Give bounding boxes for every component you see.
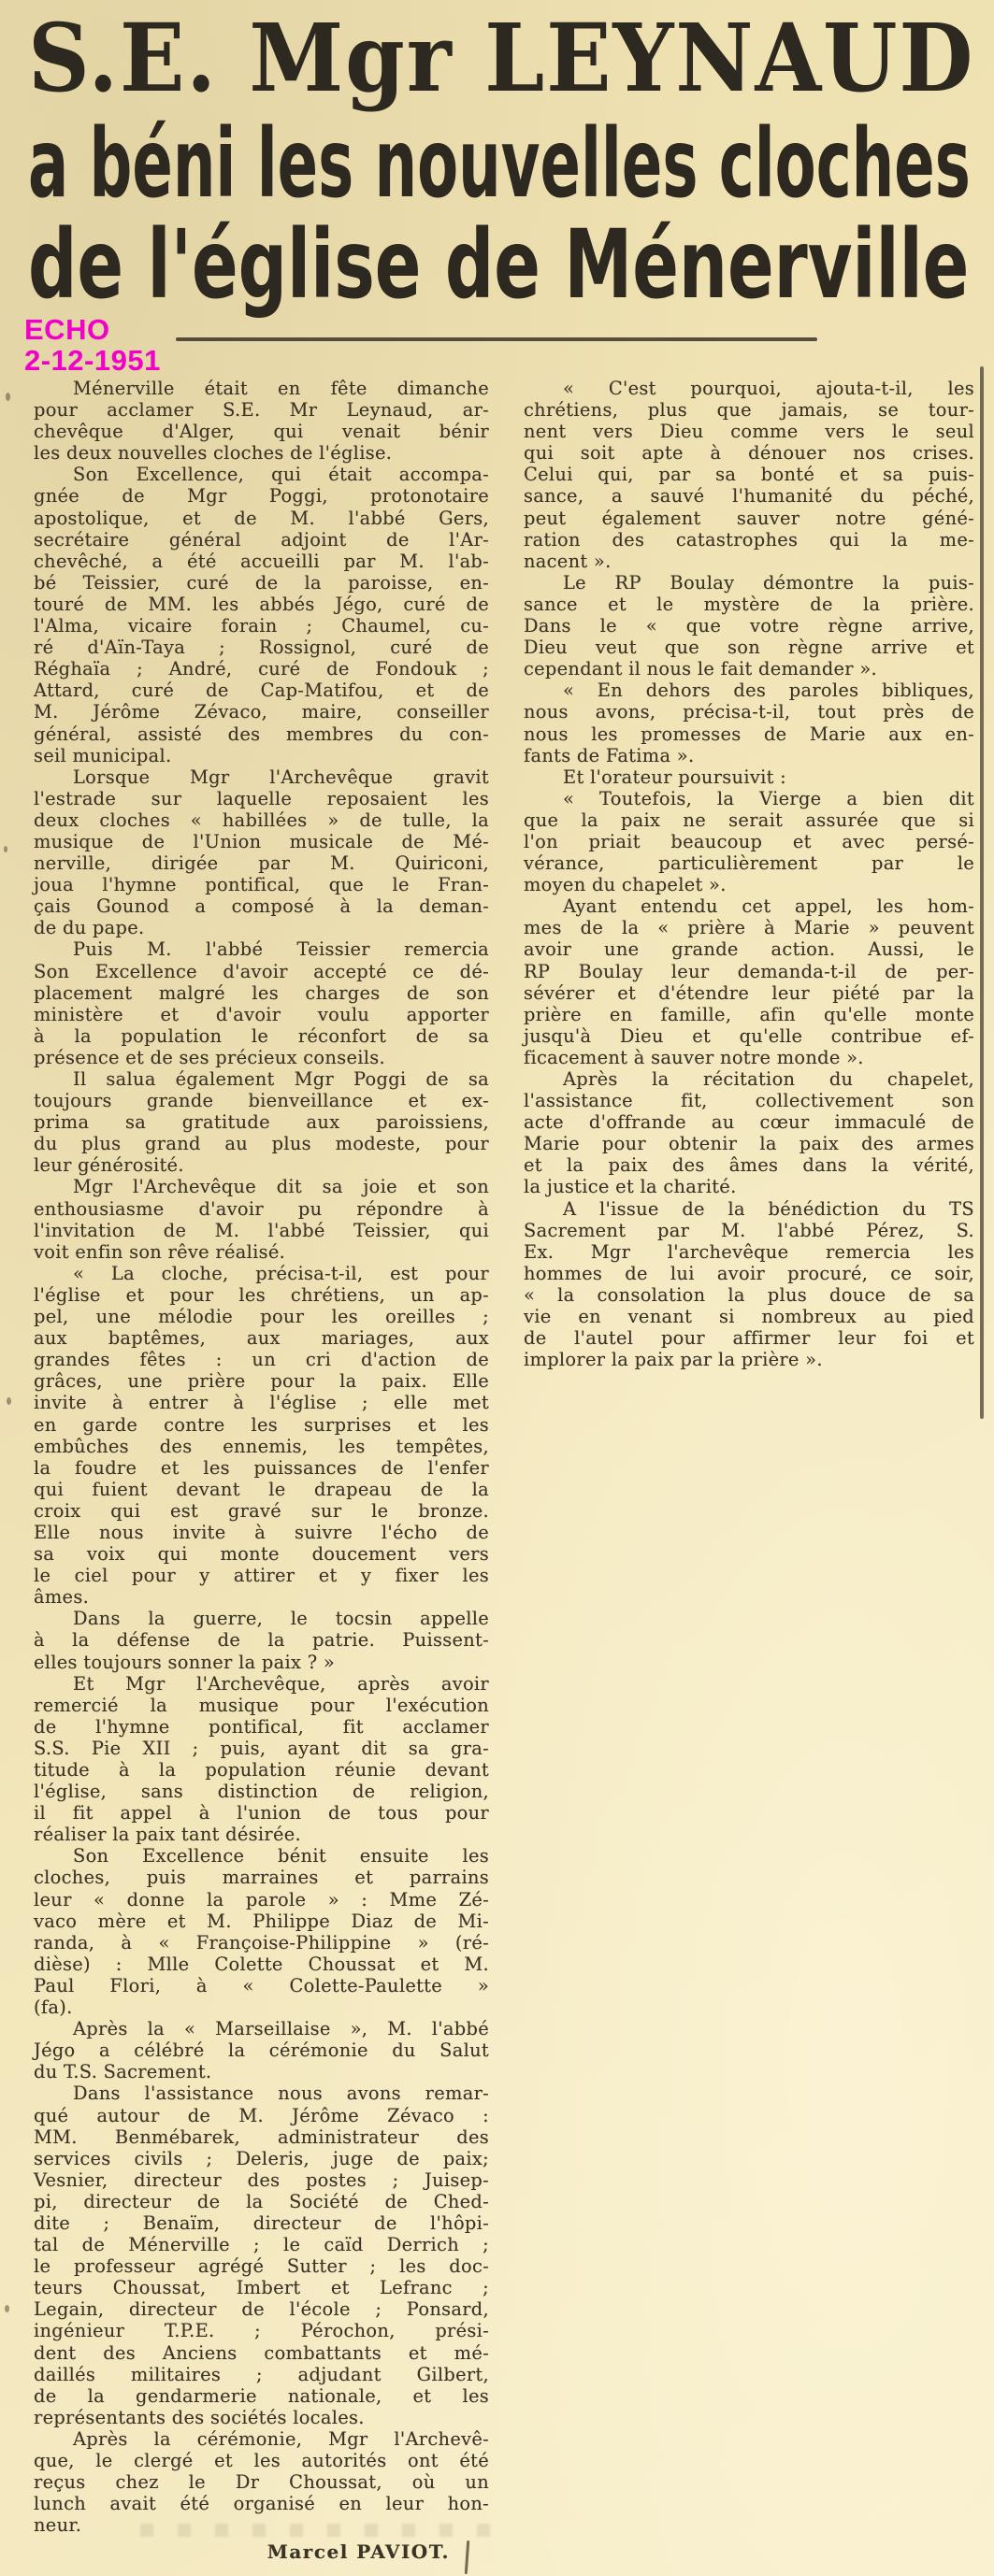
text-line: embûches des ennemis, les tempêtes, (34, 1436, 489, 1457)
paragraph: Mgr l'Archevêque dit sa joie et sonentho… (34, 1176, 489, 1262)
text-line: voit enfin son rêve réalisé. (34, 1241, 489, 1263)
text-line: Son Excellence d'avoir accepté ce dé- (34, 961, 489, 982)
text-line: ration des catastrophes qui la me- (524, 529, 974, 551)
text-line: ficacement à sauver notre monde ». (524, 1047, 974, 1068)
text-line: Paul Flori, à « Colette-Paulette » (34, 1975, 489, 1996)
headline-line-2-text: a béni les nouvelles cloches (28, 114, 971, 215)
text-line: sévérer et d'étendre leur piété par la (524, 982, 974, 1004)
paragraph: Dans l'assistance nous avons remar-qué a… (34, 2082, 489, 2428)
text-line: titude à la population réunie devant (34, 1759, 489, 1781)
text-line: Et Mgr l'Archevêque, après avoir (34, 1673, 489, 1695)
text-line: nacent ». (524, 551, 974, 572)
text-line: de du pape. (34, 917, 489, 938)
text-line: sa voix qui monte doucement vers (34, 1543, 489, 1565)
paragraph: « C'est pourquoi, ajouta-t-il, leschréti… (524, 378, 974, 572)
paragraph: Son Excellence bénit ensuite lescloches,… (34, 1845, 489, 2018)
text-line: teurs Choussat, Imbert et Lefranc ; (34, 2277, 489, 2298)
paragraph: « La cloche, précisa-t-il, est pourl'égl… (34, 1263, 489, 1609)
headline-line-3-text: de l'église de Ménerville (28, 215, 969, 316)
column-edge-rule (980, 366, 984, 1419)
text-line: pel, une mélodie pour les oreilles ; (34, 1306, 489, 1327)
article-column-left: Ménerville était en fête dimanchepour ac… (34, 378, 489, 2563)
text-line: ingénieur T.P.E. ; Pérochon, prési- (34, 2320, 489, 2341)
text-line: Ménerville était en fête dimanche (34, 378, 489, 399)
text-line: nous les promesses de Marie aux en- (524, 723, 974, 745)
text-line: apostolique, et de M. l'abbé Gers, (34, 508, 489, 529)
text-line: vaco mère et M. Philippe Diaz de Mi- (34, 1911, 489, 1932)
text-line: fants de Fatima ». (524, 745, 974, 766)
text-line: S.S. Pie XII ; puis, ayant dit sa gra- (34, 1738, 489, 1759)
text-line: sance et le mystère de la prière. (524, 594, 974, 615)
text-line: seil municipal. (34, 745, 489, 766)
text-line: Mgr l'Archevêque dit sa joie et son (34, 1176, 489, 1197)
text-line: nent vers Dieu comme vers le seul (524, 421, 974, 442)
text-line: « La cloche, précisa-t-il, est pour (34, 1263, 489, 1284)
text-line: « Toutefois, la Vierge a bien dit (524, 788, 974, 809)
text-line: secrétaire général adjoint de l'Ar- (34, 529, 489, 551)
stamp-publication: ECHO (24, 314, 161, 345)
paragraph: Après la récitation du chapelet,l'assist… (524, 1068, 974, 1198)
text-line: l'assistance fit, collectivement son (524, 1090, 974, 1111)
text-line: moyen du chapelet ». (524, 874, 974, 895)
paragraph: Ayant entendu cet appel, les hom-mes de … (524, 895, 974, 1068)
text-line: Lorsque Mgr l'Archevêque gravit (34, 766, 489, 788)
text-line: dent des Anciens combattants et mé- (34, 2342, 489, 2364)
text-line: mes de la « prière à Marie » peuvent (524, 917, 974, 938)
text-line: Legain, directeur de l'école ; Ponsard, (34, 2298, 489, 2320)
text-line: « C'est pourquoi, ajouta-t-il, les (524, 378, 974, 399)
text-line: toujours grande bienveillance et ex- (34, 1090, 489, 1111)
text-line: nerville, dirigée par M. Quiriconi, (34, 852, 489, 874)
text-line: randa, à « Françoise-Philippine » (ré- (34, 1932, 489, 1953)
text-line: cloches, puis marraines et parrains (34, 1867, 489, 1888)
text-line: de l'hymne pontifical, fit acclamer (34, 1716, 489, 1738)
scan-speck (5, 2305, 9, 2312)
text-line: reçus chez le Dr Choussat, où un (34, 2471, 489, 2493)
paragraph: Il salua également Mgr Poggi de satoujou… (34, 1068, 489, 1176)
text-line: enthousiasme d'avoir pu répondre à (34, 1198, 489, 1220)
text-line: daillés militaires ; adjudant Gilbert, (34, 2364, 489, 2385)
text-line: du plus grand au plus modeste, pour (34, 1133, 489, 1154)
text-line: chevêché, a été accueilli par M. l'ab- (34, 551, 489, 572)
text-line: (fa). (34, 1996, 489, 2018)
text-line: Son Excellence bénit ensuite les (34, 1845, 489, 1867)
text-line: qui soit apte à dénouer nos crises. (524, 442, 974, 464)
text-line: avoir une grande action. Aussi, le (524, 938, 974, 960)
paragraph: Dans la guerre, le tocsin appelleà la dé… (34, 1608, 489, 1672)
text-line: réaliser la paix tant désirée. (34, 1824, 489, 1845)
author-signature: Marcel PAVIOT. (34, 2541, 489, 2563)
text-line: çais Gounod a composé à la deman- (34, 895, 489, 917)
text-line: remercié la musique pour l'exécution (34, 1695, 489, 1716)
text-line: vie en venant si nombreux au pied (524, 1306, 974, 1327)
text-line: grandes fêtes : un cri d'action de (34, 1349, 489, 1370)
text-line: présence et de ses précieux conseils. (34, 1047, 489, 1068)
text-line: Il salua également Mgr Poggi de sa (34, 1068, 489, 1090)
text-line: Attard, curé de Cap-Matifou, et de (34, 680, 489, 701)
text-line: Dans l'assistance nous avons remar- (34, 2082, 489, 2104)
text-line: hommes de lui avoir procuré, ce soir, (524, 1263, 974, 1284)
text-line: Après la cérémonie, Mgr l'Archevê- (34, 2428, 489, 2450)
text-line: Sacrement par M. l'abbé Pérez, S. (524, 1220, 974, 1241)
text-line: que, le clergé et les autorités ont été (34, 2450, 489, 2471)
text-line: lunch avait été organisé en leur hon- (34, 2493, 489, 2514)
text-line: chevêque d'Alger, qui venait bénir (34, 421, 489, 442)
text-line: de la gendarmerie nationale, et les (34, 2385, 489, 2407)
text-line: Dans le « que votre règne arrive, (524, 615, 974, 637)
text-line: acte d'offrande au cœur immaculé de (524, 1111, 974, 1133)
text-line: leur générosité. (34, 1154, 489, 1176)
text-line: Dieu veut que son règne arrive et (524, 637, 974, 658)
paragraph: Et Mgr l'Archevêque, après avoirremercié… (34, 1673, 489, 1846)
text-line: Puis M. l'abbé Teissier remercia (34, 938, 489, 960)
text-line: touré de MM. les abbés Jégo, curé de (34, 594, 489, 615)
text-line: représentants des sociétés locales. (34, 2407, 489, 2428)
text-line: prima sa gratitude aux paroissiens, (34, 1111, 489, 1133)
text-line: implorer la paix par la prière ». (524, 1349, 974, 1370)
text-line: M. Jérôme Zévaco, maire, conseiller (34, 701, 489, 723)
text-line: l'église et pour les chrétiens, un ap- (34, 1284, 489, 1306)
text-line: vérance, particulièrement par le (524, 852, 974, 874)
paragraph: « En dehors des paroles bibliques,nous a… (524, 680, 974, 766)
text-line: nous avons, précisa-t-il, tout près de (524, 701, 974, 723)
paragraph: Après la cérémonie, Mgr l'Archevê-que, l… (34, 2428, 489, 2536)
text-line: dièse) : Mlle Colette Choussat et M. (34, 1953, 489, 1975)
text-line: âmes. (34, 1586, 489, 1608)
text-line: Ex. Mgr l'archevêque remercia les (524, 1241, 974, 1263)
text-line: général, assisté des membres du con- (34, 723, 489, 745)
pencil-smudge (140, 2524, 514, 2537)
text-line: services civils ; Deleris, juge de paix; (34, 2148, 489, 2169)
text-line: MM. Benmébarek, administrateur des (34, 2126, 489, 2148)
scan-speck (4, 846, 7, 852)
text-line: les deux nouvelles cloches de l'église. (34, 442, 489, 464)
text-line: elles toujours sonner la paix ? » (34, 1652, 489, 1673)
text-line: le professeur agrégé Sutter ; les doc- (34, 2255, 489, 2277)
text-line: l'on priait beaucoup et avec persé- (524, 831, 974, 852)
text-line: Ayant entendu cet appel, les hom- (524, 895, 974, 917)
paragraph: Lorsque Mgr l'Archevêque gravitl'estrade… (34, 766, 489, 939)
text-line: Réghaïa ; André, curé de Fondouk ; (34, 658, 489, 680)
text-line: l'église, sans distinction de religion, (34, 1781, 489, 1802)
paragraph: A l'issue de la bénédiction du TSSacreme… (524, 1198, 974, 1371)
paragraph: Puis M. l'abbé Teissier remerciaSon Exce… (34, 938, 489, 1068)
text-line: jusqu'à Dieu et qu'elle contribue ef- (524, 1025, 974, 1047)
text-line: deux cloches « habillées » de tulle, la (34, 809, 489, 831)
text-line: croix qui est gravé sur le bronze. (34, 1500, 489, 1522)
text-line: Son Excellence, qui était accompa- (34, 464, 489, 485)
text-line: qui fuient devant le drapeau de la (34, 1479, 489, 1500)
text-line: pour acclamer S.E. Mr Leynaud, ar- (34, 399, 489, 421)
headline-line-1: S.E. Mgr LEYNAUD (28, 6, 974, 114)
text-line: Jégo a célébré la cérémonie du Salut (34, 2039, 489, 2061)
text-line: et la paix des âmes dans la vérité, (524, 1154, 974, 1176)
text-line: l'Alma, vicaire forain ; Chaumel, cu- (34, 615, 489, 637)
newspaper-clipping-page: S.E. Mgr LEYNAUD a béni les nouvelles cl… (0, 0, 994, 2576)
text-line: A l'issue de la bénédiction du TS (524, 1198, 974, 1220)
text-line: du T.S. Sacrement. (34, 2061, 489, 2082)
text-line: à la défense de la patrie. Puissent- (34, 1629, 489, 1651)
text-line: peut également sauver notre géné- (524, 508, 974, 529)
text-line: à la population le réconfort de sa (34, 1025, 489, 1047)
text-line: dite ; Benaïm, directeur de l'hôpi- (34, 2212, 489, 2234)
archive-date-stamp: ECHO 2-12-1951 (24, 314, 161, 376)
text-line: Elle nous invite à suivre l'écho de (34, 1522, 489, 1543)
headline-line-3: de l'église de Ménerville (28, 215, 969, 320)
text-line: cependant il nous le fait demander ». (524, 658, 974, 680)
text-line: prière en famille, afin qu'elle monte (524, 1004, 974, 1025)
text-line: Marie pour obtenir la paix des armes (524, 1133, 974, 1154)
text-line: « En dehors des paroles bibliques, (524, 680, 974, 701)
text-line: gnée de Mgr Poggi, protonotaire (34, 485, 489, 507)
paragraph: Son Excellence, qui était accompa-gnée d… (34, 464, 489, 766)
text-line: pi, directeur de la Société de Ched- (34, 2191, 489, 2212)
text-line: ré d'Aïn-Taya ; Rossignol, curé de (34, 637, 489, 658)
text-line: Après la récitation du chapelet, (524, 1068, 974, 1090)
text-line: sance, a sauvé l'humanité du péché, (524, 485, 974, 507)
text-line: Vesnier, directeur des postes ; Juisep- (34, 2169, 489, 2191)
text-line: Et l'orateur poursuivit : (524, 766, 974, 788)
headline-line-1-text: S.E. Mgr LEYNAUD (28, 6, 974, 110)
text-line: qué autour de M. Jérôme Zévaco : (34, 2105, 489, 2126)
headline-line-2: a béni les nouvelles cloches (28, 114, 971, 219)
text-line: RP Boulay leur demanda-t-il de per- (524, 961, 974, 982)
scan-speck (7, 1397, 11, 1405)
text-line: en garde contre les surprises et les (34, 1414, 489, 1436)
text-line: musique de l'Union musicale de Mé- (34, 831, 489, 852)
text-line: invite à entrer à l'église ; elle met (34, 1392, 489, 1413)
text-line: tal de Ménerville ; le caïd Derrich ; (34, 2234, 489, 2255)
text-line: Celui qui, par sa bonté et sa puis- (524, 464, 974, 485)
text-line: leur « donne la parole » : Mme Zé- (34, 1889, 489, 1911)
text-line: « la consolation la plus douce de sa (524, 1284, 974, 1306)
text-line: grâces, une prière pour la paix. Elle (34, 1370, 489, 1392)
text-line: la justice et la charité. (524, 1176, 974, 1197)
paragraph: Et l'orateur poursuivit : (524, 766, 974, 788)
text-line: de l'autel pour affirmer leur foi et (524, 1327, 974, 1349)
text-line: joua l'hymne pontifical, que le Fran- (34, 874, 489, 895)
text-line: placement malgré les charges de son (34, 982, 489, 1004)
paragraph: « Toutefois, la Vierge a bien ditque la … (524, 788, 974, 895)
text-line: le ciel pour y attirer et y fixer les (34, 1565, 489, 1586)
text-line: aux baptêmes, aux mariages, aux (34, 1327, 489, 1349)
text-line: ministère et d'avoir voulu apporter (34, 1004, 489, 1025)
article-column-right: « C'est pourquoi, ajouta-t-il, leschréti… (524, 378, 974, 1370)
text-line: que la paix ne serait assurée que si (524, 809, 974, 831)
paragraph: Ménerville était en fête dimanchepour ac… (34, 378, 489, 464)
paragraph: Le RP Boulay démontre la puis-sance et l… (524, 572, 974, 680)
headline-separator-rule (176, 337, 817, 341)
stamp-date: 2-12-1951 (24, 345, 161, 376)
text-line: Le RP Boulay démontre la puis- (524, 572, 974, 594)
scan-speck (6, 393, 10, 401)
text-line: la foudre et les puissances de l'enfer (34, 1457, 489, 1479)
text-line: l'estrade sur laquelle reposaient les (34, 788, 489, 809)
text-line: bé Teissier, curé de la paroisse, en- (34, 572, 489, 594)
text-line: Après la « Marseillaise », M. l'abbé (34, 2018, 489, 2039)
text-line: chrétiens, plus que jamais, se tour- (524, 399, 974, 421)
text-line: Dans la guerre, le tocsin appelle (34, 1608, 489, 1629)
text-line: l'invitation de M. l'abbé Teissier, qui (34, 1220, 489, 1241)
paragraph: Après la « Marseillaise », M. l'abbéJégo… (34, 2018, 489, 2082)
text-line: il fit appel à l'union de tous pour (34, 1802, 489, 1824)
